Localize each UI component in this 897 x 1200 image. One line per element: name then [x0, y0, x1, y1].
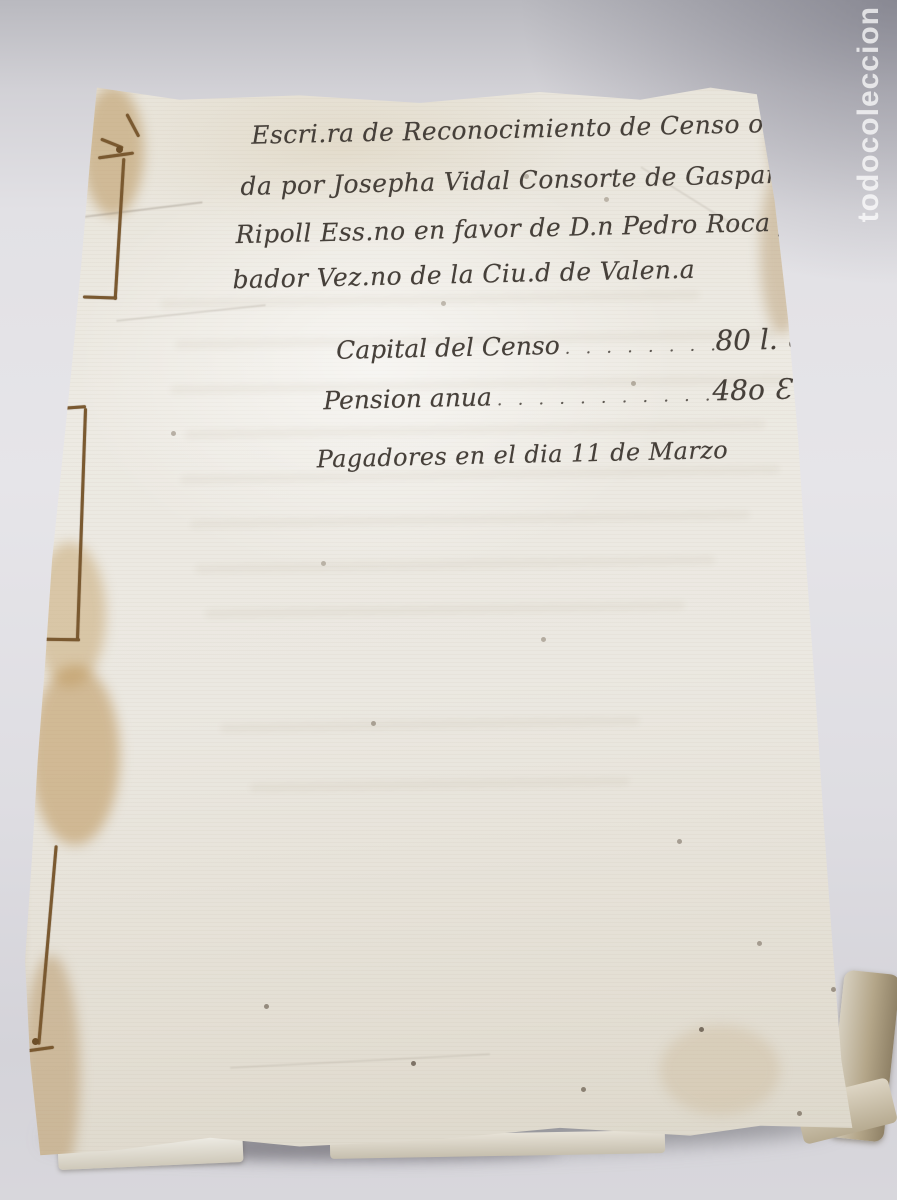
title-line: bador Vez.no de la Ciu.d de Valen.a	[232, 255, 695, 294]
title-line: Escri.ra de Reconocimiento de Censo otor…	[251, 107, 843, 149]
entry-label: Pension anua	[323, 382, 492, 415]
manuscript-page: Escri.ra de Reconocimiento de Censo otor…	[20, 80, 865, 1175]
dot-leader: . . . . . . . . . . . . . . . . . . . . …	[560, 335, 716, 359]
thread-knot	[32, 1038, 39, 1045]
entry-value: 48o Ɛ	[712, 373, 792, 408]
dot-leader: . . . . . . . . . . . . . . . . . . . . …	[492, 385, 713, 410]
entry-label: Capital del Censo	[336, 331, 560, 365]
site-watermark-text: todocoleccion	[852, 6, 886, 222]
title-line: da por Josepha Vidal Consorte de Gaspar	[240, 160, 778, 201]
title-line: Ripoll Ess.no en favor de D.n Pedro Roca…	[235, 206, 852, 249]
note-line: Pagadores en el dia 11 de Marzo	[316, 436, 728, 473]
entry-row-pension: Pension anua . . . . . . . . . . . . . .…	[323, 373, 792, 417]
entry-row-capital: Capital del Censo . . . . . . . . . . . …	[336, 322, 805, 366]
site-watermark: todocoleccion	[845, 6, 893, 346]
photo-scene: todocoleccion	[0, 0, 897, 1200]
manuscript-text: Escri.ra de Reconocimiento de Censo otor…	[20, 61, 890, 1175]
